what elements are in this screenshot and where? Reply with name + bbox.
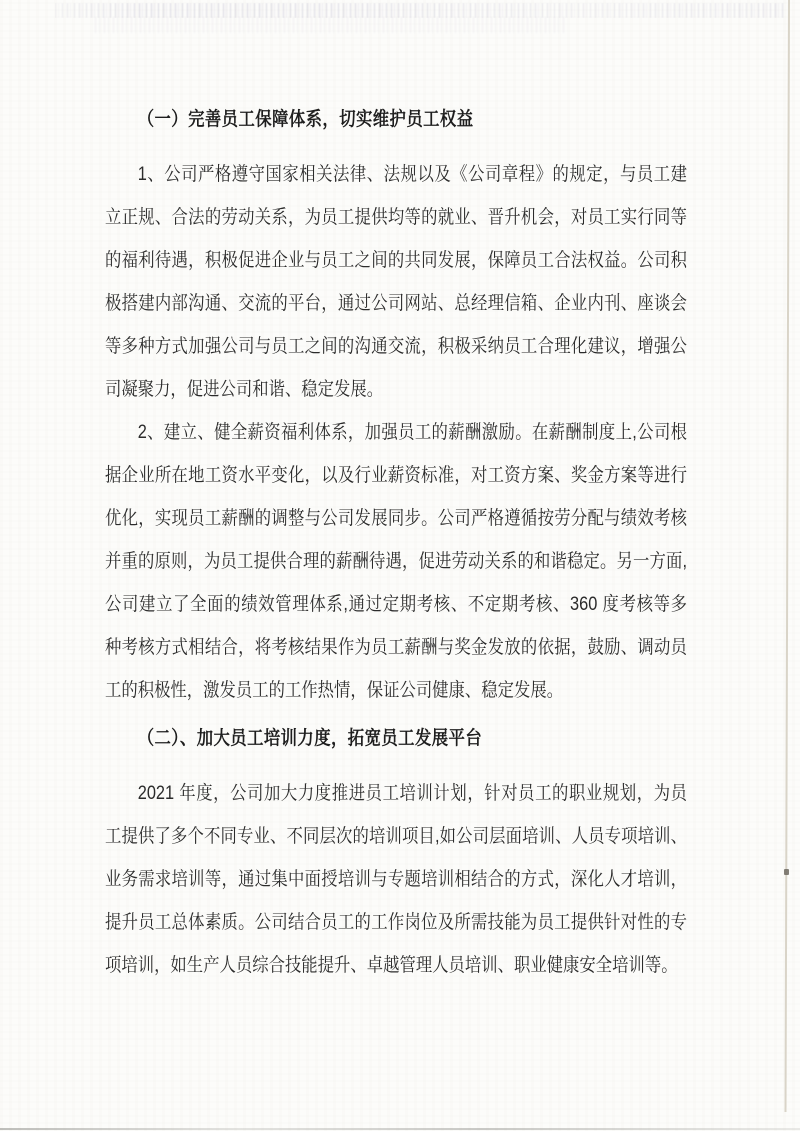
document-body: （一）完善员工保障体系，切实维护员工权益1、公司严格遵守国家相关法律、法规以及《…	[105, 93, 687, 987]
section-1-paragraph-1: 1、公司严格遵守国家相关法律、法规以及《公司章程》的规定，与员工建立正规、合法的…	[105, 153, 687, 411]
text-line: 2021 年度，公司加大力度推进员工培训计划，针对员工的职业规划，为员	[105, 772, 687, 815]
text-line: 种考核方式相结合，将考核结果作为员工薪酬与奖金发放的依据，鼓励、调动员	[105, 626, 687, 669]
text-line: 等多种方式加强公司与员工之间的沟通交流，积极采纳员工合理化建议，增强公	[105, 325, 687, 368]
text-line: 1、公司严格遵守国家相关法律、法规以及《公司章程》的规定，与员工建	[105, 153, 687, 196]
scan-bottom-line	[0, 1128, 800, 1130]
scan-speck	[784, 869, 789, 875]
text-line: 2、建立、健全薪资福利体系，加强员工的薪酬激励。在薪酬制度上,公司根	[105, 411, 687, 454]
scanned-document-page: （一）完善员工保障体系，切实维护员工权益1、公司严格遵守国家相关法律、法规以及《…	[0, 0, 800, 1131]
text-line: 司凝聚力，促进公司和谐、稳定发展。	[105, 368, 687, 411]
scan-edge-line	[785, 0, 790, 1112]
text-line: 极搭建内部沟通、交流的平台，通过公司网站、总经理信箱、企业内刊、座谈会	[105, 282, 687, 325]
text-line: 工提供了多个不同专业、不同层次的培训项目,如公司层面培训、人员专项培训、	[105, 815, 687, 858]
text-line: 据企业所在地工资水平变化，以及行业薪资标准，对工资方案、奖金方案等进行	[105, 454, 687, 497]
section-1-paragraph-2: 2、建立、健全薪资福利体系，加强员工的薪酬激励。在薪酬制度上,公司根据企业所在地…	[105, 411, 687, 712]
section-heading-1: （一）完善员工保障体系，切实维护员工权益	[105, 98, 687, 141]
text-line: 优化，实现员工薪酬的调整与公司发展同步。公司严格遵循按劳分配与绩效考核	[105, 497, 687, 540]
text-line: 并重的原则，为员工提供合理的薪酬待遇，促进劳动关系的和谐稳定。另一方面,	[105, 540, 687, 583]
text-line: 工的积极性，激发员工的工作热情，保证公司健康、稳定发展。	[105, 669, 687, 712]
text-line: 项培训，如生产人员综合技能提升、卓越管理人员培训、职业健康安全培训等。	[105, 944, 687, 987]
section-2-paragraph-1: 2021 年度，公司加大力度推进员工培训计划，针对员工的职业规划，为员工提供了多…	[105, 772, 687, 987]
text-line: 提升员工总体素质。公司结合员工的工作岗位及所需技能为员工提供针对性的专	[105, 901, 687, 944]
bleed-through-artifact	[55, 3, 785, 18]
bleed-through-artifact-2	[95, 17, 565, 33]
section-heading-2: （二）、加大员工培训力度，拓宽员工发展平台	[105, 717, 687, 760]
text-line: 业务需求培训等，通过集中面授培训与专题培训相结合的方式，深化人才培训，	[105, 858, 687, 901]
text-line: 的福利待遇，积极促进企业与员工之间的共同发展，保障员工合法权益。公司积	[105, 239, 687, 282]
text-line: 立正规、合法的劳动关系，为员工提供均等的就业、晋升机会，对员工实行同等	[105, 196, 687, 239]
text-line: 公司建立了全面的绩效管理体系,通过定期考核、不定期考核、360 度考核等多	[105, 583, 687, 626]
